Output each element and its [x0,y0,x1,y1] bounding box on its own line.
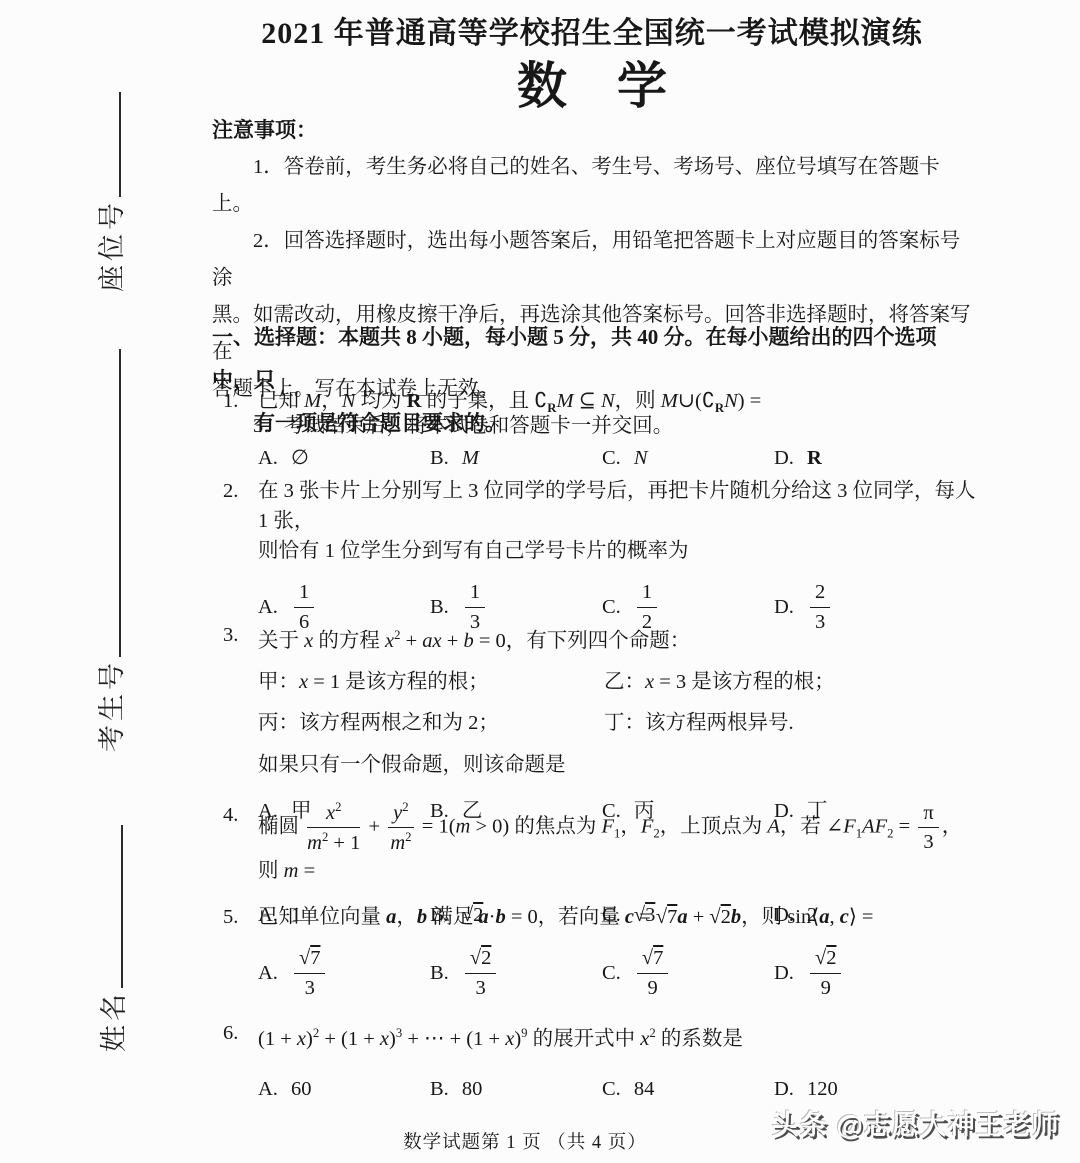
option-c: C.N [602,443,774,473]
option-value: 84 [634,1074,655,1104]
option-value: √79 [634,946,672,1000]
question-number: 3. [212,620,258,650]
option-b: B.80 [430,1074,602,1104]
question-number: 2. [212,476,258,506]
option-value: ∅ [291,443,309,473]
question-1: 1. 已知 M，N 均为 R 的子集，且 ∁RM ⊆ N，则 M∪(∁RN) =… [212,386,976,473]
option-a: A.60 [258,1074,430,1104]
question-stem: 在 3 张卡片上分别写上 3 位同学的学号后，再把卡片随机分给这 3 位同学，每… [258,476,976,536]
subject-title: 数 学 [212,46,972,118]
question-stem: 椭圆 x2m2 + 1 + y2m2 = 1(m > 0) 的焦点为 F1，F2… [258,800,976,886]
question-3: 3. 关于 x 的方程 x2 + ax + b = 0，有下列四个命题： 甲：x… [212,620,976,826]
margin-field-name: 姓名 [92,825,131,1052]
question-number: 5. [212,902,258,932]
options-row: A.60 B.80 C.84 D.120 [258,1074,976,1104]
question-stem-line2: 则恰有 1 位学生分到写有自己学号卡片的概率为 [258,536,976,566]
candidate-number-blank-line [92,349,121,657]
option-c: C.√79 [602,946,774,1000]
options-row: A.∅ B.M C.N D.R [258,443,976,473]
option-value: √23 [462,946,500,1000]
question-number: 1. [212,386,258,416]
question-stem: 已知单位向量 a，b 满足 a·b = 0，若向量 c = √7a + √2b，… [258,902,976,932]
options-row: A.√73 B.√23 C.√79 D.√29 [258,946,976,1000]
proposition-row-2: 丙：该方程两根之和为 2； 丁：该方程两根异号. [258,708,976,738]
proposition-row-1: 甲：x = 1 是该方程的根； 乙：x = 3 是该方程的根； [258,667,976,697]
option-b: B.√23 [430,946,602,1000]
option-b: B.M [430,443,602,473]
option-value: 80 [462,1074,483,1104]
question-5: 5. 已知单位向量 a，b 满足 a·b = 0，若向量 c = √7a + √… [212,902,976,1000]
option-value: 120 [807,1074,838,1104]
question-stem: 已知 M，N 均为 R 的子集，且 ∁RM ⊆ N，则 M∪(∁RN) = [258,386,976,423]
option-value: √29 [807,946,845,1000]
option-value: N [634,443,648,473]
margin-field-seat-number: 座位号 [90,92,129,292]
name-label: 姓名 [99,990,129,1052]
proposition-bing: 丙：该方程两根之和为 2； [258,708,604,738]
margin-field-candidate-number: 考生号 [90,349,129,752]
proposition-yi: 乙：x = 3 是该方程的根； [604,667,976,697]
option-a: A.√73 [258,946,430,1000]
option-a: A.∅ [258,443,430,473]
seat-number-label: 座位号 [97,199,127,292]
option-d: D.R [774,443,822,473]
question-6: 6. (1 + x)2 + (1 + x)3 + ⋯ + (1 + x)9 的展… [212,1018,976,1104]
option-d: D.√29 [774,946,844,1000]
name-blank-line [94,825,123,988]
question-number: 6. [212,1018,258,1048]
candidate-number-label: 考生号 [97,659,127,752]
notice-line: 1．答卷前，考生务必将自己的姓名、考生号、考场号、座位号填写在答题卡上。 [212,149,972,223]
exam-paper-page: 座位号 考生号 姓名 2021 年普通高等学校招生全国统一考试模拟演练 数 学 … [0,0,1080,1163]
seat-number-blank-line [92,92,121,197]
question-stem: 关于 x 的方程 x2 + ax + b = 0，有下列四个命题： [258,620,976,656]
watermark: 头条 @志愿大神王老师 [772,1103,1060,1142]
proposition-jia: 甲：x = 1 是该方程的根； [258,667,604,697]
option-value: √73 [291,946,329,1000]
question-closing: 如果只有一个假命题，则该命题是 [258,750,976,780]
notice-line: 2．回答选择题时，选出每小题答案后，用铅笔把答题卡上对应题目的答案标号涂 [212,223,972,297]
question-number: 4. [212,800,258,830]
option-c: C.84 [602,1074,774,1104]
proposition-ding: 丁：该方程两根异号. [604,708,976,738]
question-2: 2. 在 3 张卡片上分别写上 3 位同学的学号后，再把卡片随机分给这 3 位同… [212,476,976,634]
notice-heading: 注意事项： [212,112,972,149]
option-d: D.120 [774,1074,838,1104]
option-value: 60 [291,1074,312,1104]
option-value: M [462,443,479,473]
option-value: R [807,443,822,473]
question-stem: (1 + x)2 + (1 + x)3 + ⋯ + (1 + x)9 的展开式中… [258,1018,976,1054]
